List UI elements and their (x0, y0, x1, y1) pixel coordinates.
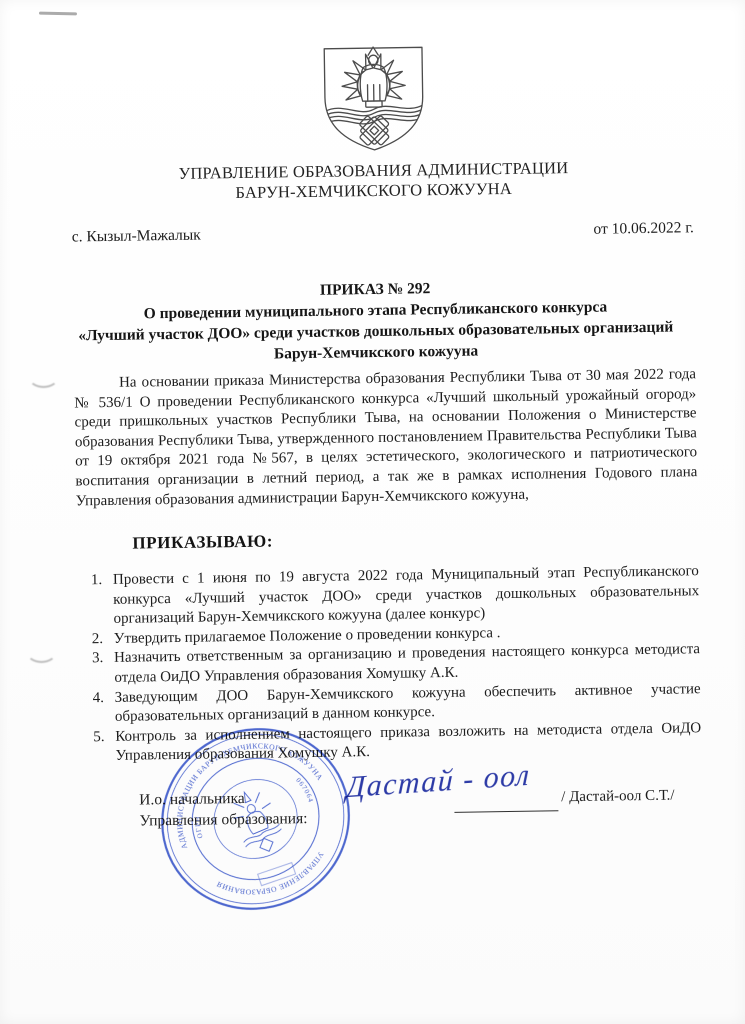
preamble-paragraph: На основании приказа Министерства образо… (74, 365, 698, 511)
item-text: Назначить ответственным за организацию и… (114, 642, 700, 686)
item-text: Провести с 1 июня по 19 августа 2022 год… (113, 563, 699, 627)
order-word: ПРИКАЗЫВАЮ: (132, 532, 273, 554)
scanned-order-document: УПРАВЛЕНИЕ ОБРАЗОВАНИЯ АДМИНИСТРАЦИИ БАР… (0, 0, 745, 1024)
stamp-ogrn-digits: 067064 (293, 775, 315, 806)
signature-transcript: / Дастай-оол С.Т./ (561, 788, 675, 807)
item-number: 2. (92, 630, 114, 650)
document-place: с. Кызыл-Мажалык (72, 227, 201, 247)
signature-line (454, 810, 558, 813)
svg-text:067064: 067064 (293, 775, 315, 806)
horseman-figure-icon (357, 47, 390, 108)
item-number: 5. (93, 728, 115, 748)
order-item-1: 1.Провести с 1 июня по 19 августа 2022 г… (91, 562, 700, 630)
item-number: 3. (92, 649, 114, 669)
item-number: 4. (93, 688, 115, 708)
coat-of-arms-drawing (317, 43, 431, 155)
order-title: ПРИКАЗ № 292 О проведении муниципального… (43, 274, 709, 368)
order-items: 1.Провести с 1 июня по 19 августа 2022 г… (91, 562, 702, 767)
svg-text:ОГРН: ОГРН (188, 813, 210, 840)
item-number: 1. (91, 571, 113, 591)
document-date: от 10.06.2022 г. (593, 219, 694, 238)
dateline: с. Кызыл-Мажалык от 10.06.2022 г. (72, 219, 694, 246)
coat-of-arms (317, 43, 431, 155)
item-text: Заведующим ДОО Барун-Хемчикского кожууна… (115, 681, 701, 725)
stamp-emblem (226, 784, 288, 859)
stamp-ogrn-label: ОГРН (188, 813, 210, 840)
org-header: УПРАВЛЕНИЕ ОБРАЗОВАНИЯ АДМИНИСТРАЦИИ БАР… (1, 155, 745, 206)
handwritten-signature: Дастай - оол (346, 759, 532, 806)
